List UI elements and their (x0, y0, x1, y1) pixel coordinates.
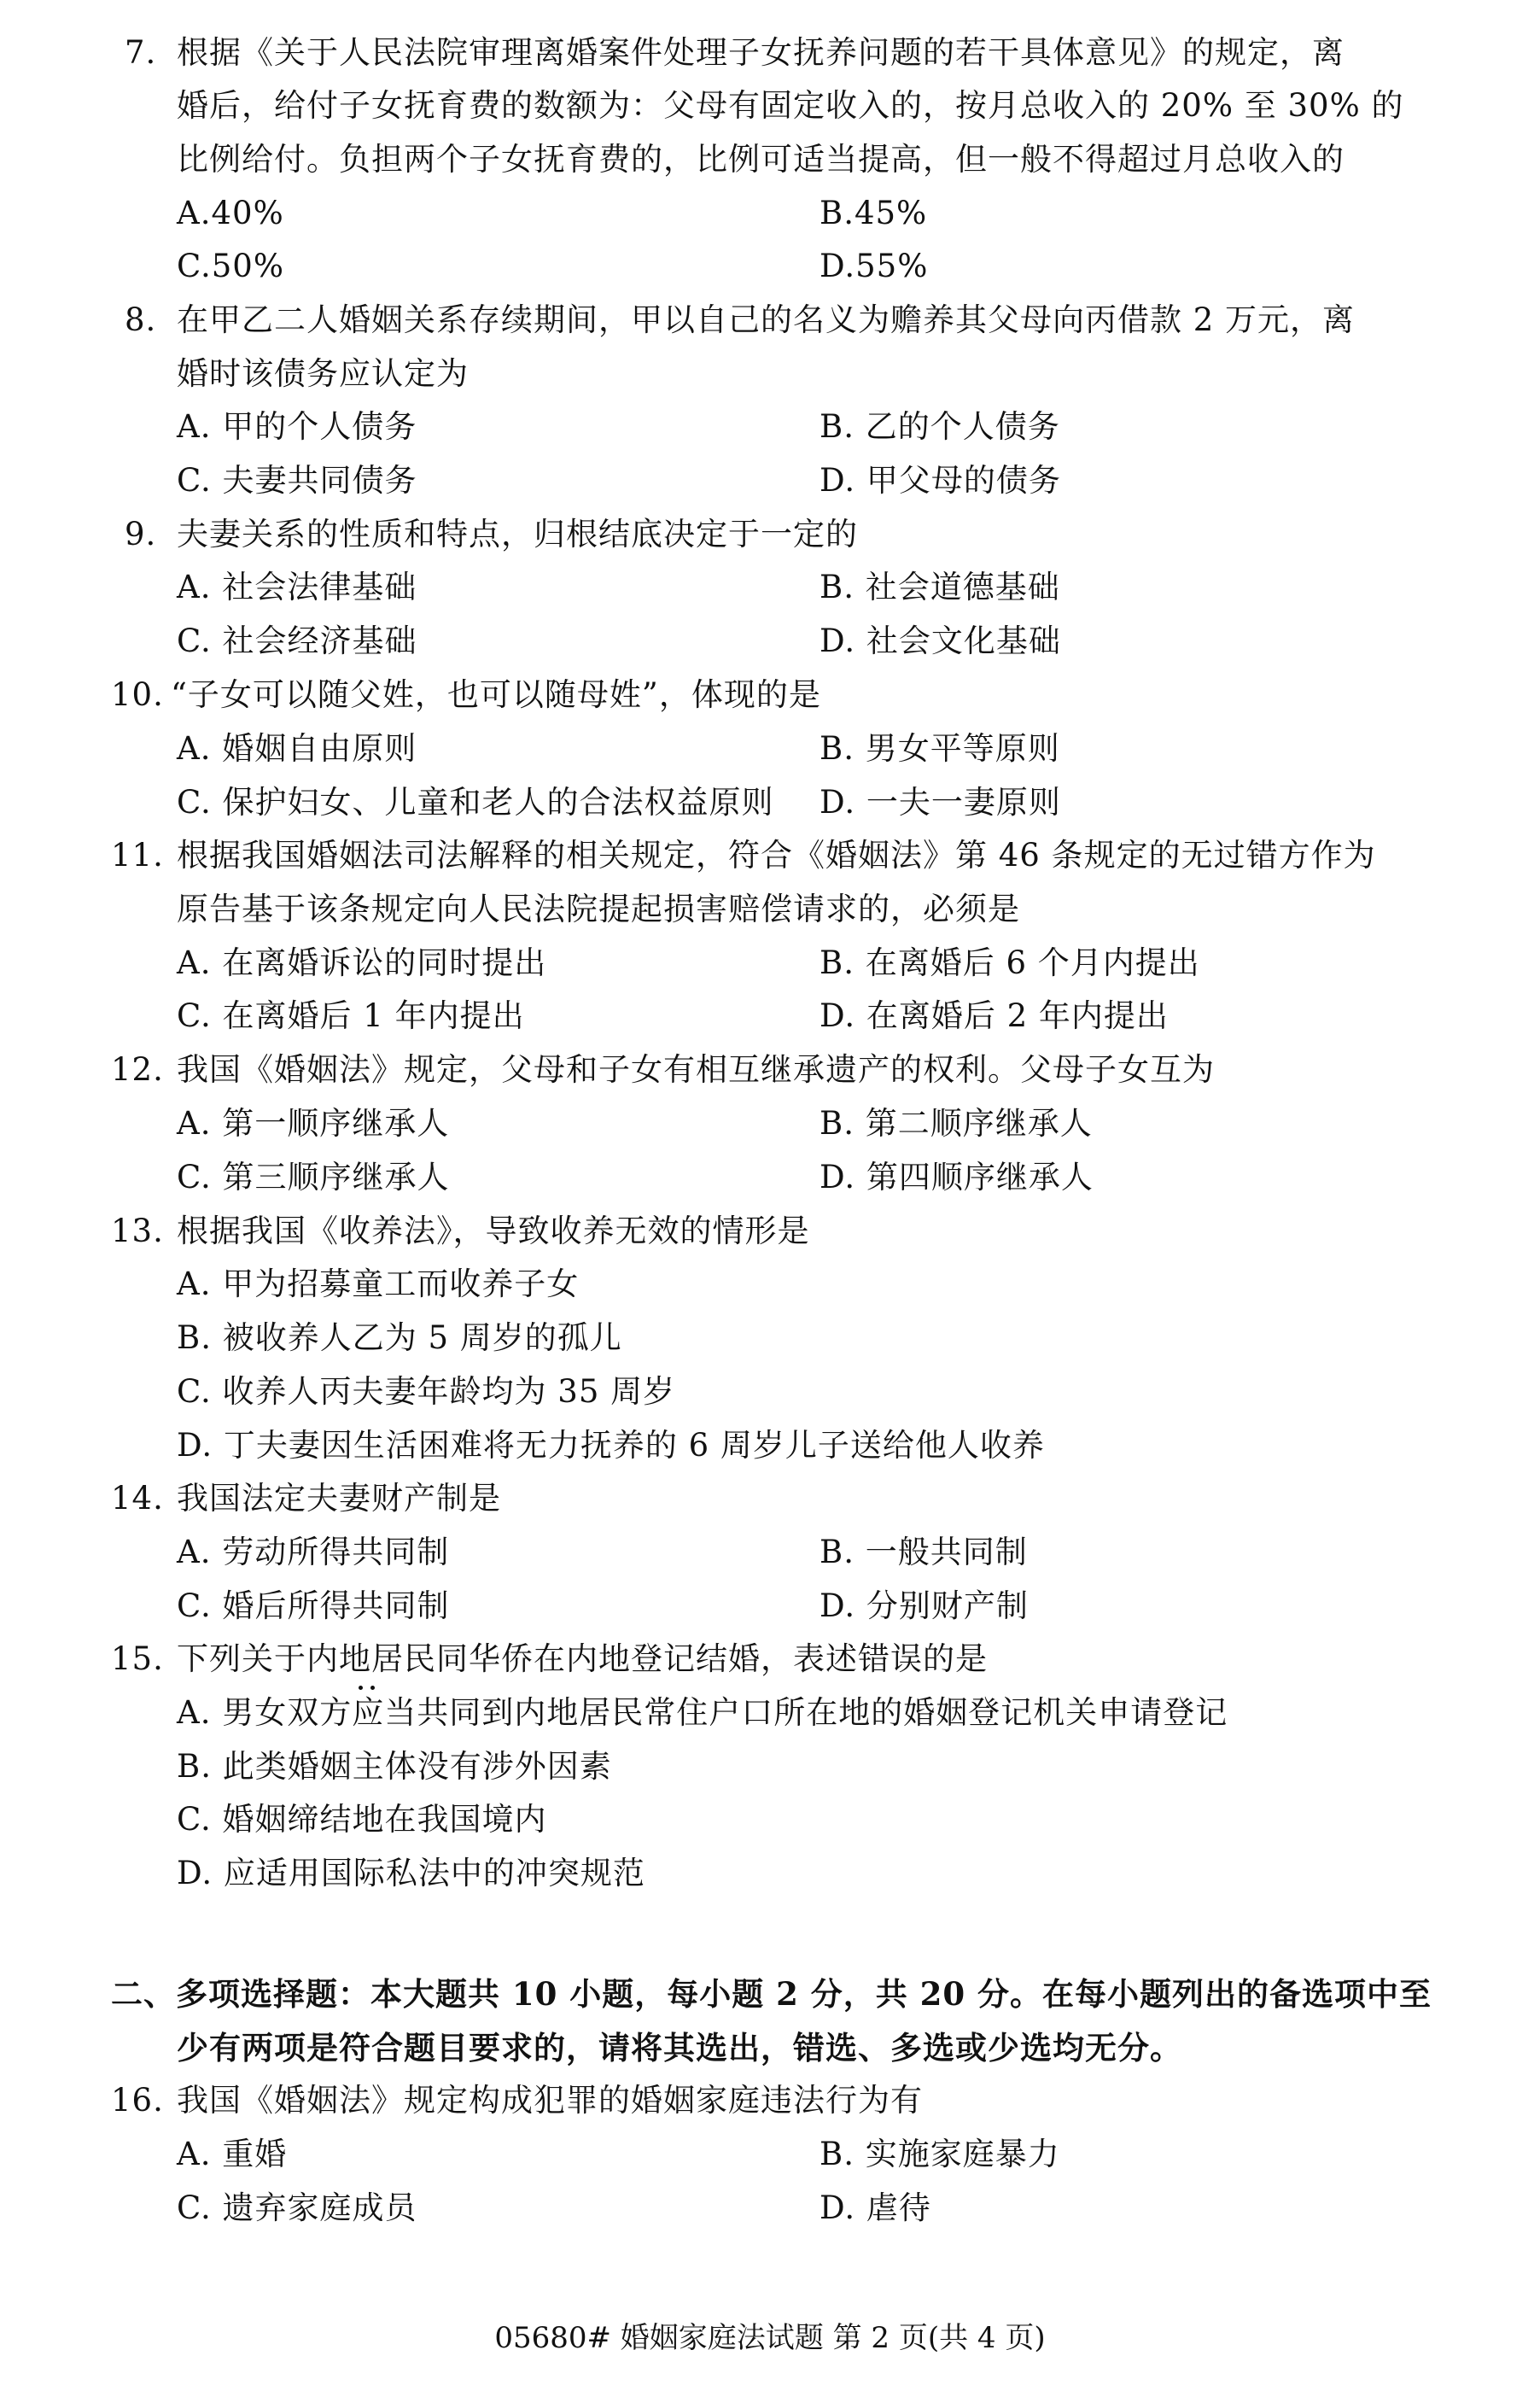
question-stem-line: 婚时该债务应认定为 (177, 355, 469, 393)
question-stem-line: 我国《婚姻法》规定，父母和子女有相互继承遗产的权利。父母子女互为 (177, 1051, 1215, 1089)
option-c: C. 夫妻共同债务 (177, 462, 417, 500)
option-c: C. 婚姻缔结地在我国境内 (177, 1801, 547, 1838)
question-stem-line: 根据我国《收养法》，导致收养无效的情形是 (177, 1213, 810, 1250)
section-heading-line: 二、多项选择题：本大题共 10 小题，每小题 2 分，共 20 分。在每小题列出… (111, 1975, 1432, 2013)
option-b: B. 第二顺序继承人 (820, 1105, 1093, 1143)
question-number: 9. (125, 516, 156, 553)
option-b: B. 此类婚姻主体没有涉外因素 (177, 1748, 612, 1786)
option-a: A. 第一顺序继承人 (177, 1105, 449, 1143)
option-d: D. 应适用国际私法中的冲突规范 (177, 1855, 645, 1892)
question-number: 10. (111, 676, 164, 714)
question-number: 12. (111, 1051, 164, 1089)
emphasis-dot (370, 1686, 375, 1690)
question-stem-line: 我国《婚姻法》规定构成犯罪的婚姻家庭违法行为有 (177, 2082, 923, 2119)
option-c: C. 收养人丙夫妻年龄均为 35 周岁 (177, 1373, 675, 1411)
option-c: C. 在离婚后 1 年内提出 (177, 997, 525, 1035)
question-stem-line: 原告基于该条规定向人民法院提起损害赔偿请求的，必须是 (177, 891, 1020, 928)
question-number: 16. (111, 2082, 164, 2119)
option-c: C.50% (177, 248, 284, 285)
option-a: A. 甲的个人债务 (177, 408, 417, 446)
option-c: C. 婚后所得共同制 (177, 1587, 450, 1625)
option-d: D. 第四顺序继承人 (820, 1159, 1094, 1196)
option-a: A. 社会法律基础 (177, 569, 417, 606)
exam-page: 7. 根据《关于人民法院审理离婚案件处理子女抚养问题的若干具体意见》的规定，离 … (0, 0, 1540, 2385)
option-a: A. 男女双方应当共同到内地居民常住户口所在地的婚姻登记机关申请登记 (177, 1694, 1228, 1732)
option-d: D. 在离婚后 2 年内提出 (820, 997, 1169, 1035)
option-a: A. 重婚 (177, 2136, 287, 2173)
question-stem-line: 根据我国婚姻法司法解释的相关规定，符合《婚姻法》第 46 条规定的无过错方作为 (177, 837, 1376, 874)
emphasis-dot (359, 1686, 363, 1690)
question-stem-line: 婚后，给付子女抚育费的数额为：父母有固定收入的，按月总收入的 20% 至 30%… (177, 87, 1404, 125)
question-stem-line: 比例给付。负担两个子女抚育费的，比例可适当提高，但一般不得超过月总收入的 (177, 141, 1345, 178)
option-b: B. 在离婚后 6 个月内提出 (820, 944, 1200, 982)
question-stem-line: 夫妻关系的性质和特点，归根结底决定于一定的 (177, 516, 858, 553)
option-c: C. 保护妇女、儿童和老人的合法权益原则 (177, 784, 774, 821)
question-stem-line: 下列关于内地居民同华侨在内地登记结婚，表述错误的是 (177, 1640, 988, 1678)
option-b: B.45% (820, 195, 927, 232)
option-a: A. 在离婚诉讼的同时提出 (177, 944, 546, 982)
section-heading-line: 少有两项是符合题目要求的，请将其选出，错选、多选或少选均无分。 (177, 2029, 1182, 2066)
question-stem-line: “子女可以随父姓，也可以随母姓”，体现的是 (171, 676, 821, 714)
option-a: A.40% (177, 195, 284, 232)
option-c: C. 遗弃家庭成员 (177, 2189, 417, 2227)
option-a: A. 婚姻自由原则 (177, 730, 417, 768)
option-d: D. 一夫一妻原则 (820, 784, 1061, 821)
option-c: C. 社会经济基础 (177, 623, 417, 660)
question-number: 11. (111, 837, 164, 874)
option-b: B. 社会道德基础 (820, 569, 1060, 606)
option-d: D. 甲父母的债务 (820, 462, 1061, 500)
option-b: B. 男女平等原则 (820, 730, 1060, 768)
question-number: 14. (111, 1480, 164, 1517)
question-stem-line: 我国法定夫妻财产制是 (177, 1480, 501, 1517)
option-a: A. 劳动所得共同制 (177, 1534, 449, 1571)
option-d: D. 丁夫妻因生活困难将无力抚养的 6 周岁儿子送给他人收养 (177, 1427, 1045, 1464)
question-number: 13. (111, 1213, 164, 1250)
option-b: B. 乙的个人债务 (820, 408, 1060, 446)
question-stem-line: 在甲乙二人婚姻关系存续期间，甲以自己的名义为赡养其父母向丙借款 2 万元，离 (177, 301, 1355, 339)
option-d: D.55% (820, 248, 928, 285)
question-number: 8. (125, 301, 156, 339)
option-d: D. 虐待 (820, 2189, 931, 2227)
option-b: B. 被收养人乙为 5 周岁的孤儿 (177, 1319, 622, 1357)
option-b: B. 实施家庭暴力 (820, 2136, 1060, 2173)
question-number: 7. (125, 34, 156, 72)
question-stem-line: 根据《关于人民法院审理离婚案件处理子女抚养问题的若干具体意见》的规定，离 (177, 34, 1345, 72)
page-footer: 05680# 婚姻家庭法试题 第 2 页(共 4 页) (0, 2314, 1540, 2356)
question-number: 15. (111, 1640, 164, 1678)
option-d: D. 社会文化基础 (820, 623, 1061, 660)
option-a: A. 甲为招募童工而收养子女 (177, 1266, 579, 1303)
option-b: B. 一般共同制 (820, 1534, 1028, 1571)
option-c: C. 第三顺序继承人 (177, 1159, 450, 1196)
option-d: D. 分别财产制 (820, 1587, 1029, 1625)
